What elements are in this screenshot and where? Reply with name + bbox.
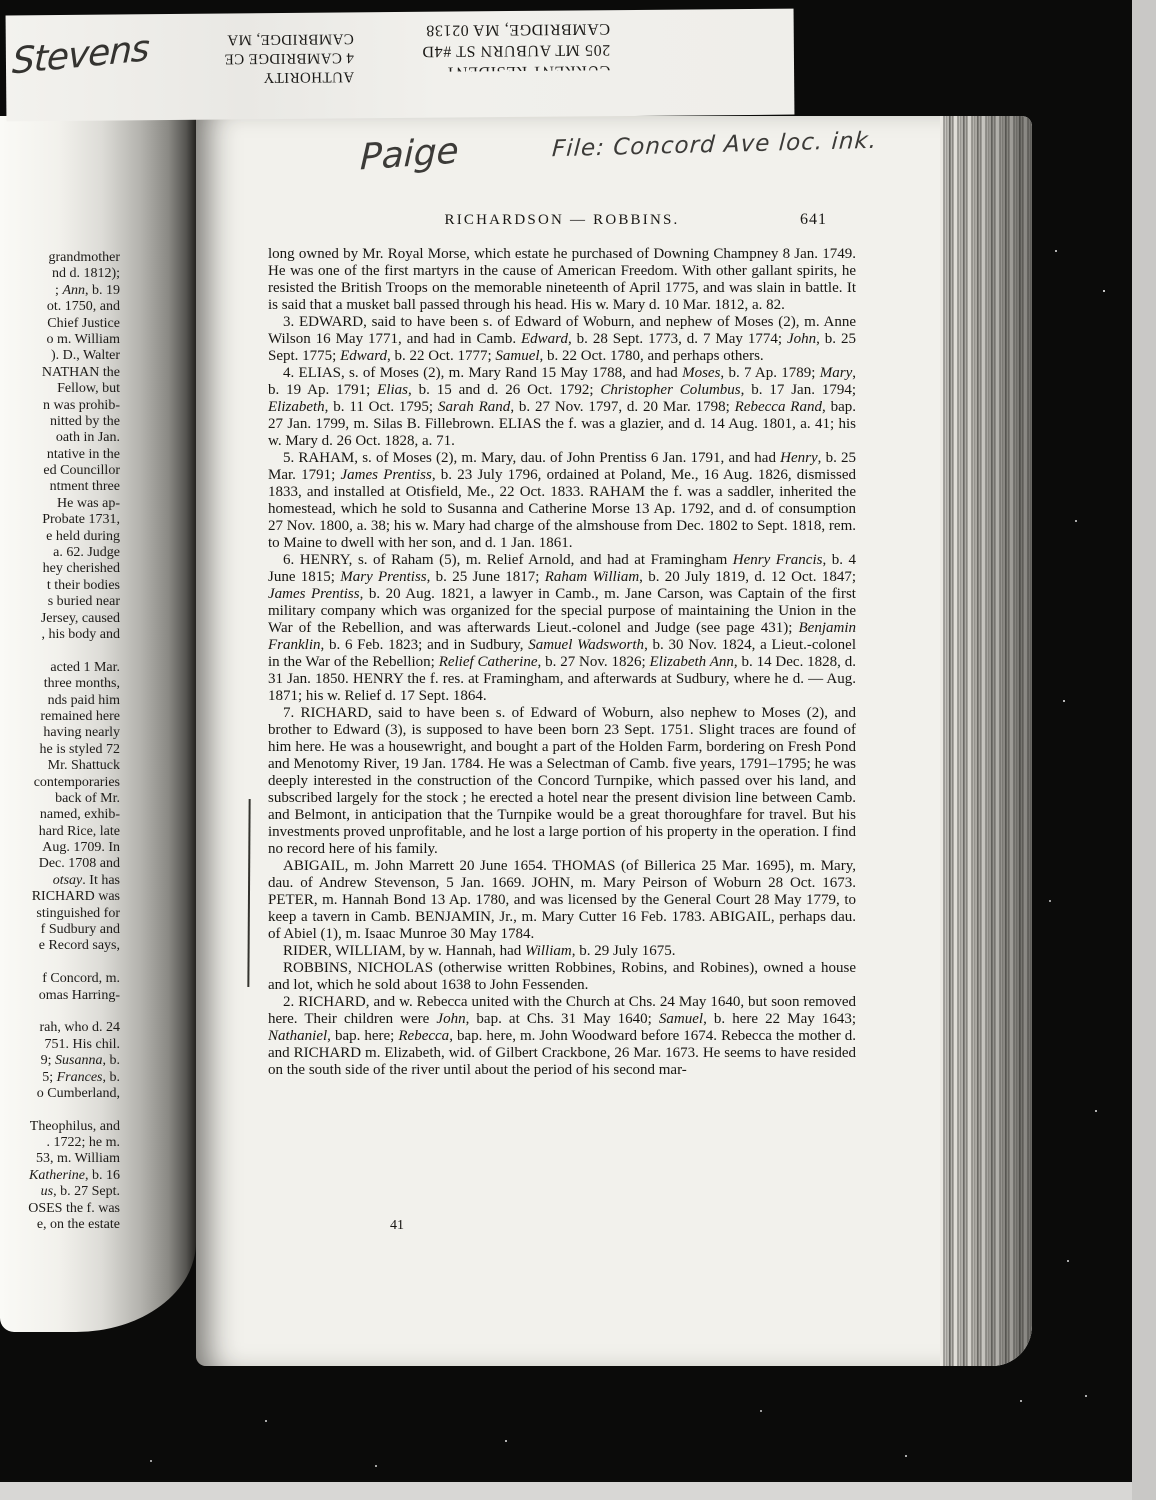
stamp-line: CURRENT RESIDENT bbox=[422, 60, 611, 83]
fragment-line: omas Harring- bbox=[0, 988, 120, 1004]
fragment-line: us, b. 27 Sept. bbox=[0, 1184, 120, 1200]
paragraph: long owned by Mr. Royal Morse, which est… bbox=[268, 246, 856, 314]
fragment-line: ed Councillor bbox=[0, 463, 120, 479]
fragment-line: 5; Frances, b. bbox=[0, 1070, 120, 1086]
fragment-line: remained here bbox=[0, 709, 120, 725]
curled-left-page: grandmothernd d. 1812);; Ann, b. 19ot. 1… bbox=[0, 116, 196, 1332]
fragment-line: he is styled 72 bbox=[0, 742, 120, 758]
paragraph: 2. RICHARD, and w. Rebecca united with t… bbox=[268, 994, 856, 1079]
page-number: 641 bbox=[800, 211, 827, 229]
fragment-line: nds paid him bbox=[0, 693, 120, 709]
fragment-line bbox=[0, 1102, 120, 1118]
fragment-line: hey cherished bbox=[0, 561, 120, 577]
scanner-edge-strip-right bbox=[1132, 0, 1156, 1500]
running-header-title: RICHARDSON — ROBBINS. bbox=[268, 212, 856, 229]
fragment-line: ot. 1750, and bbox=[0, 299, 120, 315]
stamp-line: CAMBRIDGE, MA bbox=[204, 28, 354, 48]
fragment-line: ). D., Walter bbox=[0, 348, 120, 364]
fragment-line: ; Ann, b. 19 bbox=[0, 283, 120, 299]
fragment-line: Probate 1731, bbox=[0, 512, 120, 528]
fragment-line: hard Rice, late bbox=[0, 824, 120, 840]
fragment-line: f Sudbury and bbox=[0, 922, 120, 938]
fragment-line: grandmother bbox=[0, 250, 120, 266]
paragraph: 7. RICHARD, said to have been s. of Edwa… bbox=[268, 705, 856, 858]
fragment-line bbox=[0, 955, 120, 971]
fragment-line: ntative in the bbox=[0, 447, 120, 463]
fragment-line: back of Mr. bbox=[0, 791, 120, 807]
fragment-line: RICHARD was bbox=[0, 889, 120, 905]
recipient-address-stamp-upside-down: CURRENT RESIDENT205 MT AUBURN ST #4DCAMB… bbox=[422, 18, 611, 83]
fragment-line: contemporaries bbox=[0, 775, 120, 791]
mail-piece-overlay: Stevens AUTHORITY4 CAMBRIDGE CECAMBRIDGE… bbox=[6, 9, 795, 122]
fragment-line: Theophilus, and bbox=[0, 1119, 120, 1135]
fragment-line: OSES the f. was bbox=[0, 1201, 120, 1217]
stamp-line: 4 CAMBRIDGE CE bbox=[204, 47, 354, 67]
fragment-line: having nearly bbox=[0, 725, 120, 741]
left-page-text-fragments: grandmothernd d. 1812);; Ann, b. 19ot. 1… bbox=[0, 250, 120, 1233]
fragment-line: named, exhib- bbox=[0, 807, 120, 823]
fragment-line: ntment three bbox=[0, 479, 120, 495]
fragment-line: Mr. Shattuck bbox=[0, 758, 120, 774]
fragment-line: 53, m. William bbox=[0, 1151, 120, 1167]
fragment-line: , his body and bbox=[0, 627, 120, 643]
photocopy-scan: grandmothernd d. 1812);; Ann, b. 19ot. 1… bbox=[0, 0, 1156, 1500]
paragraph: 5. RAHAM, s. of Moses (2), m. Mary, dau.… bbox=[268, 450, 856, 552]
fragment-line: oath in Jan. bbox=[0, 430, 120, 446]
fragment-line: three months, bbox=[0, 676, 120, 692]
fragment-line: rah, who d. 24 bbox=[0, 1020, 120, 1036]
page-edge-stack bbox=[940, 116, 1032, 1366]
fragment-line: o Cumberland, bbox=[0, 1086, 120, 1102]
fragment-line: s buried near bbox=[0, 594, 120, 610]
fragment-line: Fellow, but bbox=[0, 381, 120, 397]
stamp-line: 205 MT AUBURN ST #4D bbox=[422, 39, 611, 62]
fragment-line bbox=[0, 643, 120, 659]
stamp-line: CAMBRIDGE, MA 02138 bbox=[422, 18, 611, 41]
fragment-line: acted 1 Mar. bbox=[0, 660, 120, 676]
paragraph: 4. ELIAS, s. of Moses (2), m. Mary Rand … bbox=[268, 365, 856, 450]
fragment-line: t their bodies bbox=[0, 578, 120, 594]
scanner-edge-strip-bottom bbox=[0, 1482, 1132, 1500]
fragment-line: o m. William bbox=[0, 332, 120, 348]
paragraph: ROBBINS, NICHOLAS (otherwise written Rob… bbox=[268, 960, 856, 994]
paragraph: ABIGAIL, m. John Marrett 20 June 1654. T… bbox=[268, 858, 856, 943]
stamp-line: AUTHORITY bbox=[204, 66, 354, 86]
fragment-line: e, on the estate bbox=[0, 1217, 120, 1233]
fragment-line: 751. His chil. bbox=[0, 1037, 120, 1053]
handwritten-name-note: Paige bbox=[359, 130, 459, 178]
fragment-line: Aug. 1709. In bbox=[0, 840, 120, 856]
fragment-line: nitted by the bbox=[0, 414, 120, 430]
paragraph: RIDER, WILLIAM, by w. Hannah, had Willia… bbox=[268, 943, 856, 960]
fragment-line: Chief Justice bbox=[0, 316, 120, 332]
handwritten-signature: Stevens bbox=[11, 28, 149, 83]
paragraph: 3. EDWARD, said to have been s. of Edwar… bbox=[268, 314, 856, 365]
dust-specks bbox=[1055, 250, 1057, 252]
fragment-line: NATHAN the bbox=[0, 365, 120, 381]
fragment-line: f Concord, m. bbox=[0, 971, 120, 987]
body-text: long owned by Mr. Royal Morse, which est… bbox=[268, 246, 856, 1079]
fragment-line: stinguished for bbox=[0, 906, 120, 922]
signature-mark-number: 41 bbox=[390, 1218, 404, 1234]
fragment-line: e Record says, bbox=[0, 938, 120, 954]
fragment-line: Jersey, caused bbox=[0, 611, 120, 627]
fragment-line: e held during bbox=[0, 529, 120, 545]
fragment-line bbox=[0, 1004, 120, 1020]
fragment-line: Katherine, b. 16 bbox=[0, 1168, 120, 1184]
fragment-line: He was ap- bbox=[0, 496, 120, 512]
fragment-line: nd d. 1812); bbox=[0, 266, 120, 282]
fragment-line: a. 62. Judge bbox=[0, 545, 120, 561]
fragment-line: n was prohib- bbox=[0, 398, 120, 414]
fragment-line: Dec. 1708 and bbox=[0, 856, 120, 872]
fragment-line: otsay. It has bbox=[0, 873, 120, 889]
paragraph: 6. HENRY, s. of Raham (5), m. Relief Arn… bbox=[268, 552, 856, 705]
fragment-line: . 1722; he m. bbox=[0, 1135, 120, 1151]
fragment-line: 9; Susanna, b. bbox=[0, 1053, 120, 1069]
authority-address-stamp-upside-down: AUTHORITY4 CAMBRIDGE CECAMBRIDGE, MA bbox=[204, 28, 354, 86]
